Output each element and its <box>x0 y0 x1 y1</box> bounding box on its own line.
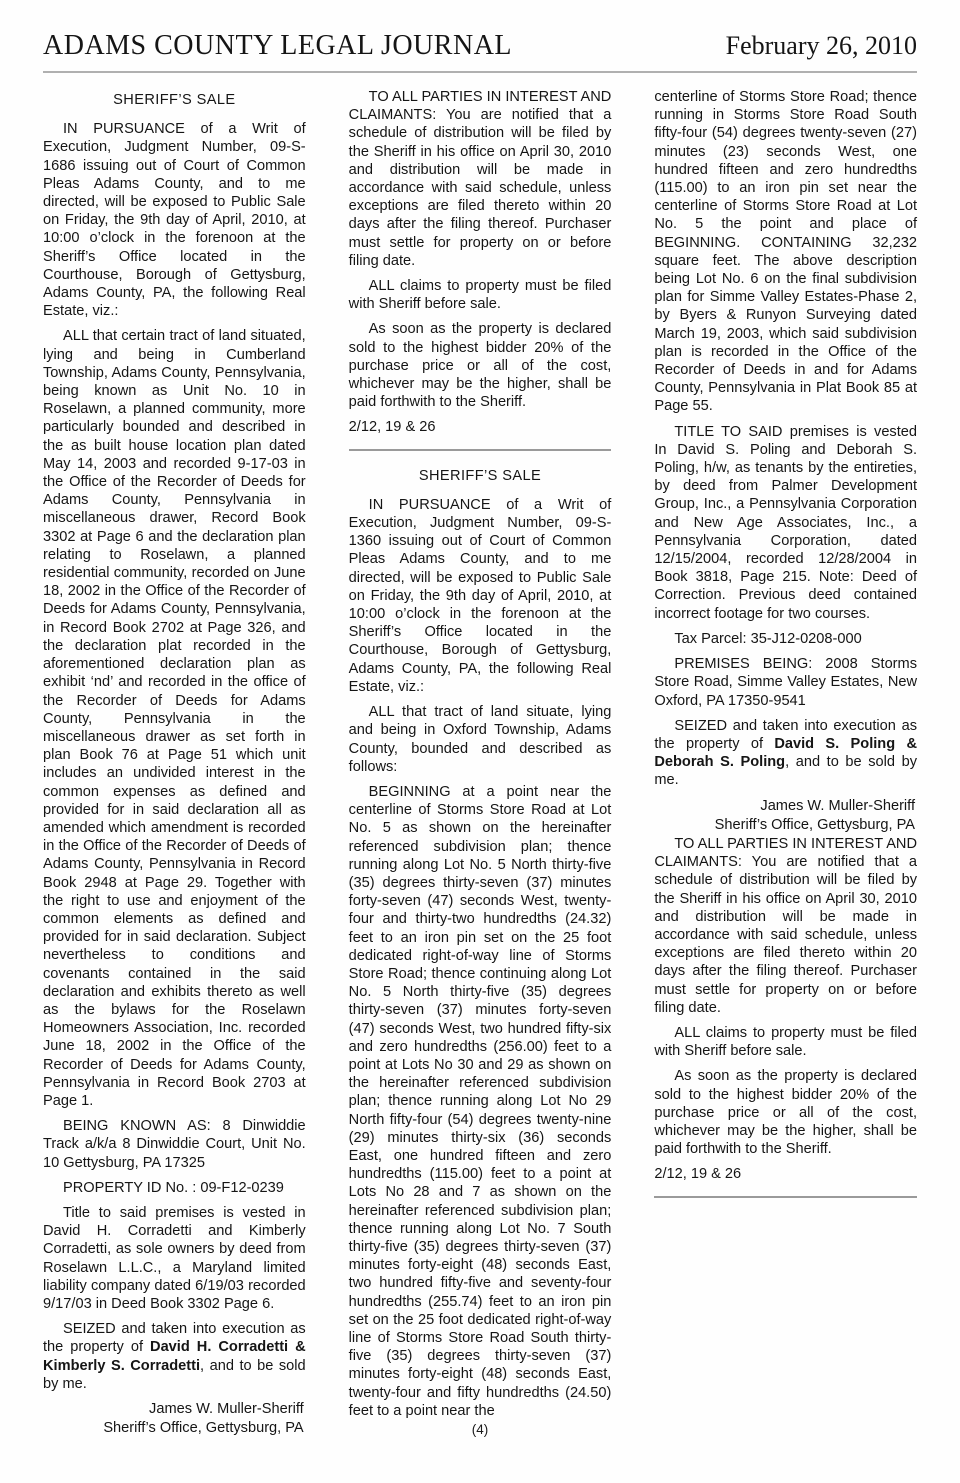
notice-heading: SHERIFF’S SALE <box>349 467 612 485</box>
notice-paragraph: IN PURSUANCE of a Writ of Execution, Jud… <box>43 120 306 320</box>
section-divider <box>349 449 612 451</box>
notice-paragraph: TO ALL PARTIES IN INTEREST AND CLAIMANTS… <box>654 835 917 1017</box>
notice-paragraph: IN PURSUANCE of a Writ of Execution, Jud… <box>349 496 612 696</box>
notice-paragraph: SEIZED and taken into execution as the p… <box>654 717 917 790</box>
notice-paragraph: BEGINNING at a point near the centerline… <box>349 783 612 1420</box>
notice-paragraph: PROPERTY ID No. : 09-F12-0239 <box>43 1179 306 1197</box>
notice-paragraph: ALL that certain tract of land situated,… <box>43 327 306 1110</box>
notice-paragraph: ALL claims to property must be filed wit… <box>349 277 612 313</box>
notice-paragraph: BEING KNOWN AS: 8 Dinwiddie Track a/k/a … <box>43 1117 306 1172</box>
notice-paragraph: Tax Parcel: 35-J12-0208-000 <box>654 630 917 648</box>
notice-paragraph: ALL claims to property must be filed wit… <box>654 1024 917 1060</box>
publication-dates: 2/12, 19 & 26 <box>654 1165 917 1183</box>
notice-paragraph: As soon as the property is declared sold… <box>349 320 612 411</box>
column-3: centerline of Storms Store Road; thence … <box>654 88 917 1214</box>
column-1: SHERIFF’S SALEIN PURSUANCE of a Writ of … <box>43 88 306 1438</box>
notice-paragraph: As soon as the property is declared sold… <box>654 1067 917 1158</box>
notice-paragraph: TO ALL PARTIES IN INTEREST AND CLAIMANTS… <box>349 88 612 270</box>
signature-line: James W. Muller-Sheriff <box>654 797 917 815</box>
publication-dates: 2/12, 19 & 26 <box>349 418 612 436</box>
column-2: TO ALL PARTIES IN INTEREST AND CLAIMANTS… <box>349 88 612 1427</box>
notice-paragraph: ALL that tract of land situate, lying an… <box>349 703 612 776</box>
notice-paragraph-continued: centerline of Storms Store Road; thence … <box>654 88 917 416</box>
text-columns: SHERIFF’S SALEIN PURSUANCE of a Writ of … <box>0 73 960 1438</box>
notice-paragraph: SEIZED and taken into execution as the p… <box>43 1320 306 1393</box>
notice-paragraph: Title to said premises is vested in Davi… <box>43 1204 306 1313</box>
masthead: ADAMS COUNTY LEGAL JOURNAL February 26, … <box>0 0 960 62</box>
signature-line: James W. Muller-Sheriff <box>43 1400 306 1418</box>
section-divider <box>654 1196 917 1198</box>
notice-paragraph: PREMISES BEING: 2008 Storms Store Road, … <box>654 655 917 710</box>
issue-date: February 26, 2010 <box>726 31 917 61</box>
signature-line: Sheriff’s Office, Gettysburg, PA <box>654 816 917 834</box>
legal-journal-page: ADAMS COUNTY LEGAL JOURNAL February 26, … <box>0 0 960 1483</box>
notice-heading: SHERIFF’S SALE <box>43 91 306 109</box>
notice-paragraph: TITLE TO SAID premises is vested In Davi… <box>654 423 917 623</box>
journal-title: ADAMS COUNTY LEGAL JOURNAL <box>43 30 512 62</box>
page-number: (4) <box>0 1422 960 1437</box>
